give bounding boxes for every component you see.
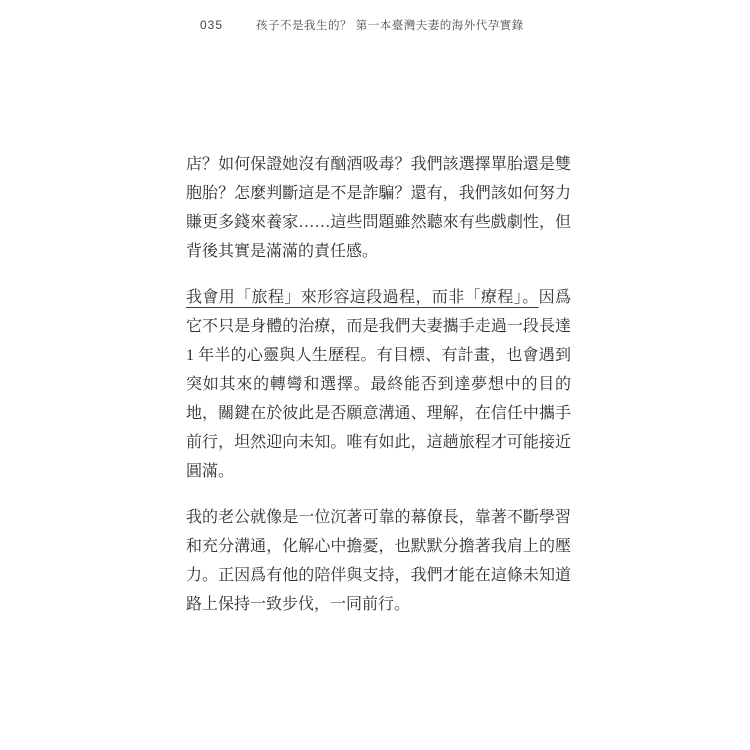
paragraph-continuation: 因爲它不只是身體的治療，而是我們夫妻攜手走過一段長達 1 年半的心靈與人生歷程。…	[186, 289, 571, 480]
underlined-sentence: 我會用「旅程」來形容這段過程，而非「療程」。	[186, 289, 539, 306]
book-page: 035 孩子不是我生的？ 第一本臺灣夫妻的海外代孕實錄 店？如何保證她沒有酗酒吸…	[0, 0, 750, 750]
body-paragraph: 店？如何保證她沒有酗酒吸毒？我們該選擇單胎還是雙胞胎？怎麼判斷這是不是詐騙？還有…	[186, 150, 571, 266]
running-title: 孩子不是我生的？ 第一本臺灣夫妻的海外代孕實錄	[256, 17, 524, 33]
running-header: 035 孩子不是我生的？ 第一本臺灣夫妻的海外代孕實錄	[200, 17, 524, 33]
body-paragraph: 我會用「旅程」來形容這段過程，而非「療程」。因爲它不只是身體的治療，而是我們夫妻…	[186, 283, 571, 486]
body-paragraph: 我的老公就像是一位沉著可靠的幕僚長，靠著不斷學習和充分溝通，化解心中擔憂，也默默…	[186, 503, 571, 619]
page-number: 035	[200, 18, 223, 32]
body-text: 店？如何保證她沒有酗酒吸毒？我們該選擇單胎還是雙胞胎？怎麼判斷這是不是詐騙？還有…	[186, 150, 571, 619]
